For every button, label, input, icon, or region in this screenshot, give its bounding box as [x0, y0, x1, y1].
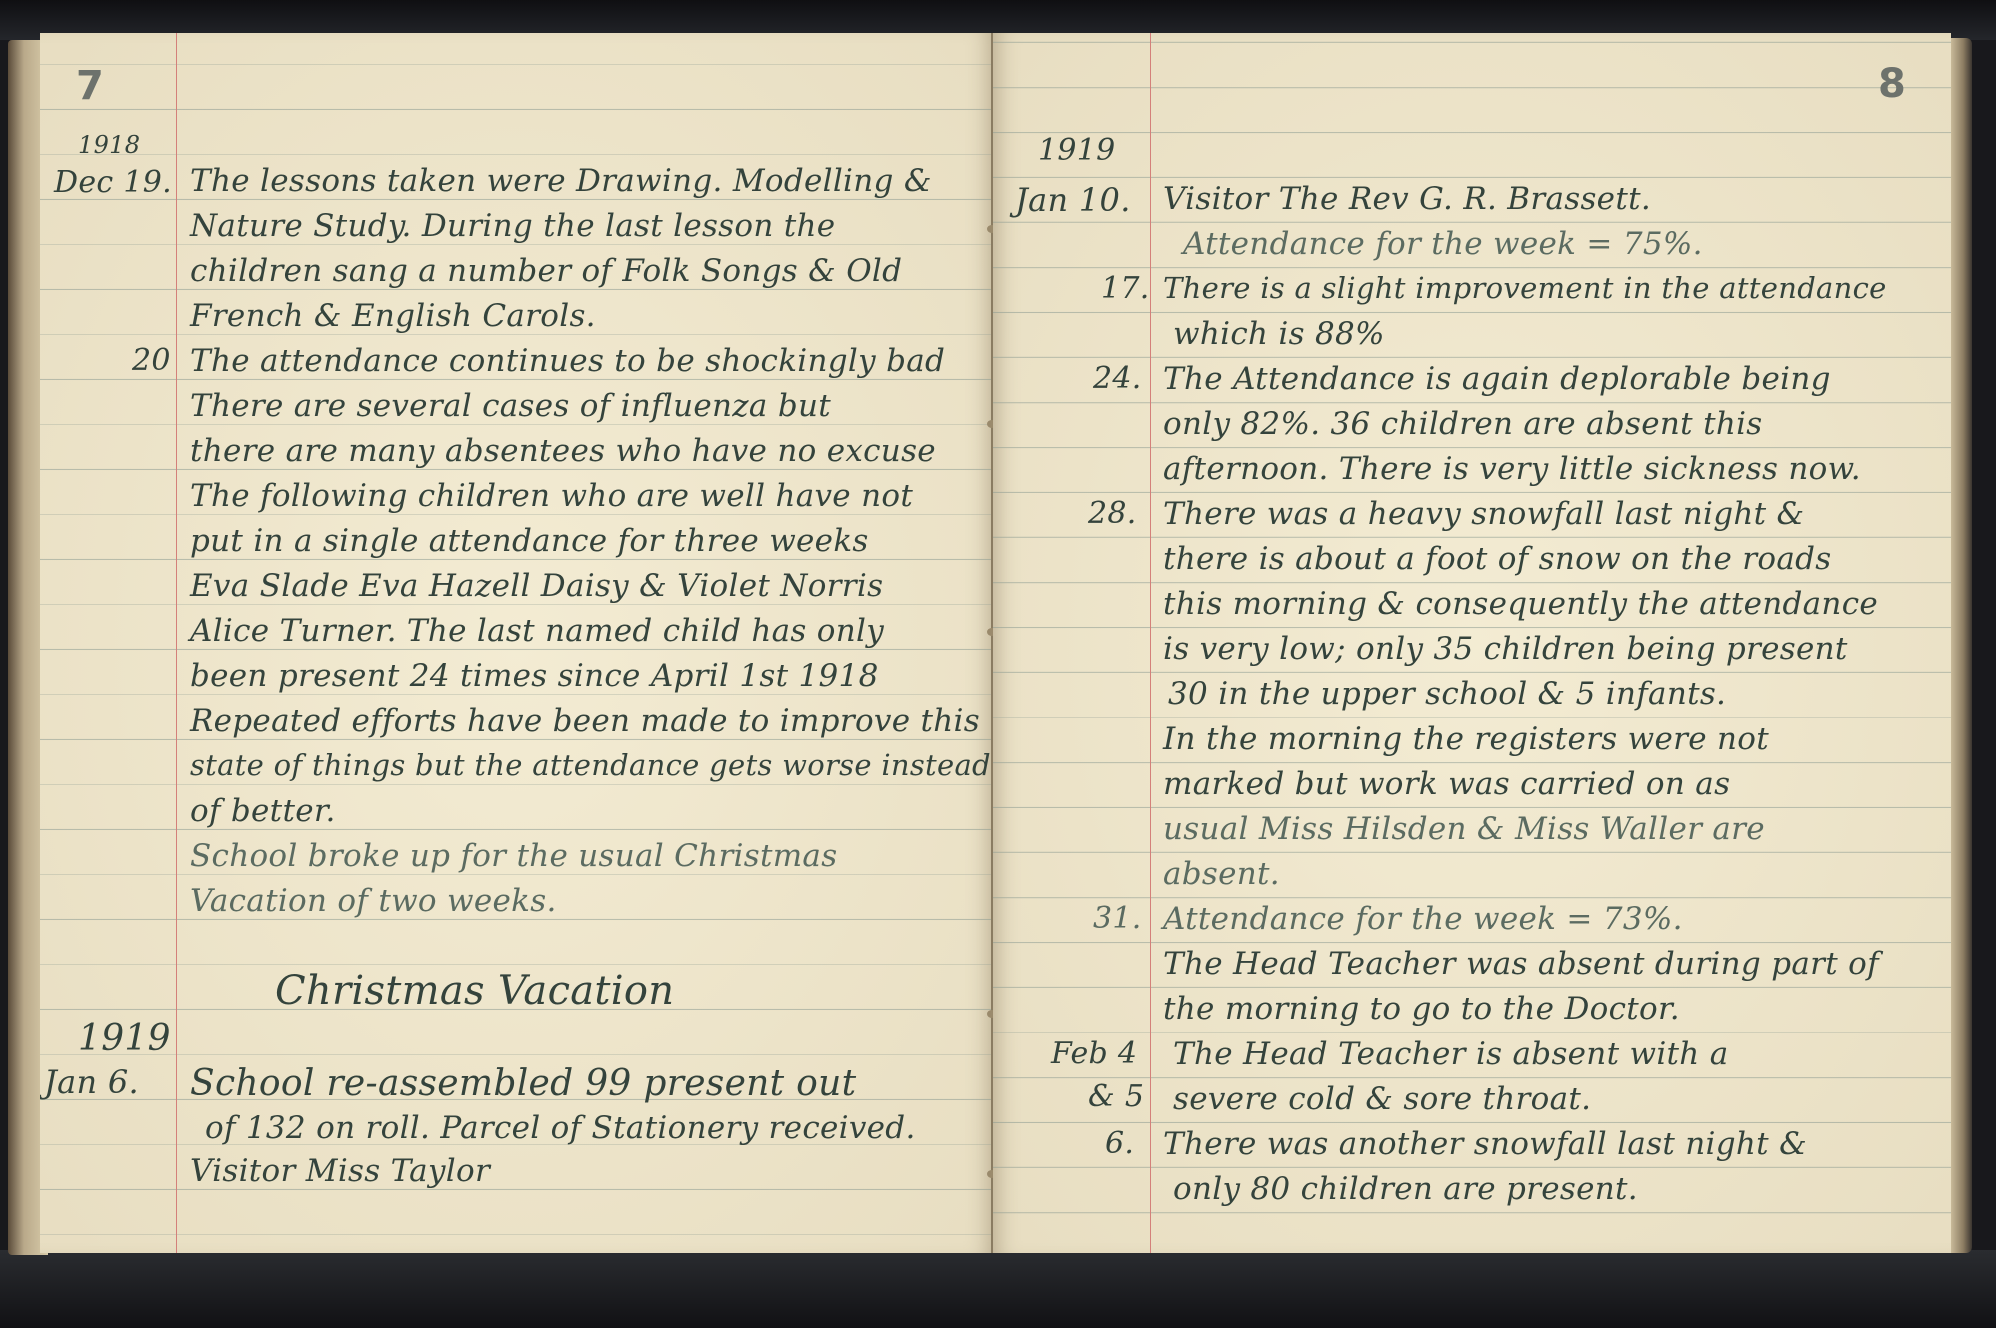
margin-rule: [176, 33, 177, 1253]
entry-date: 17.: [1101, 271, 1150, 306]
entry-line: There was another snowfall last night &: [1163, 1126, 1807, 1162]
section-heading: Christmas Vacation: [275, 968, 674, 1014]
entry-line: Nature Study. During the last lesson the: [190, 208, 835, 244]
entry-date: 20: [132, 343, 171, 378]
entry-line: School re-assembled 99 present out: [190, 1063, 856, 1104]
entry-line: Visitor The Rev G. R. Brassett.: [1163, 181, 1651, 217]
entry-line: There are several cases of influenza but: [190, 388, 831, 424]
entry-year: 1918: [78, 131, 140, 159]
entry-line: Attendance for the week = 73%.: [1163, 901, 1683, 937]
page-number: 7: [76, 63, 104, 109]
entry-line: only 80 children are present.: [1173, 1171, 1638, 1207]
entry-line: French & English Carols.: [190, 298, 596, 334]
page-edges-right: [1950, 38, 1972, 1253]
entry-line: of better.: [190, 793, 336, 829]
entry-line: There was a heavy snowfall last night &: [1163, 496, 1804, 532]
entry-date: 28.: [1088, 496, 1137, 531]
entry-line: state of things but the attendance gets …: [190, 748, 991, 782]
entry-date: Jan 10.: [1015, 181, 1131, 219]
entry-line: The following children who are well have…: [190, 478, 913, 514]
entry-line: usual Miss Hilsden & Miss Waller are: [1163, 811, 1765, 847]
entry-line: the morning to go to the Doctor.: [1163, 991, 1680, 1027]
entry-line: been present 24 times since April 1st 19…: [190, 658, 879, 694]
entry-line: is very low; only 35 children being pres…: [1163, 631, 1848, 667]
entry-line: there are many absentees who have no exc…: [190, 433, 936, 469]
entry-line: only 82%. 36 children are absent this: [1163, 406, 1763, 442]
entry-line: The Attendance is again deplorable being: [1163, 361, 1831, 397]
entry-line: absent.: [1163, 856, 1280, 892]
entry-date-continued: & 5: [1088, 1079, 1144, 1114]
left-page: 7 1918 Dec 19. The lessons taken were Dr…: [40, 33, 993, 1253]
entry-line: School broke up for the usual Christmas: [190, 838, 837, 874]
entry-line: There is a slight improvement in the att…: [1163, 271, 1887, 305]
book-cover-bottom: [0, 1250, 1996, 1328]
entry-line: In the morning the registers were not: [1163, 721, 1769, 757]
margin-rule: [1150, 33, 1151, 1253]
entry-date: Jan 6.: [44, 1063, 139, 1101]
entry-date: Feb 4: [1051, 1036, 1137, 1071]
entry-line: children sang a number of Folk Songs & O…: [190, 253, 902, 289]
page-number: 8: [1878, 61, 1906, 107]
entry-line: The lessons taken were Drawing. Modellin…: [190, 163, 932, 199]
right-page: 8 1919 Jan 10. Visitor The Rev G. R. Bra…: [993, 33, 1951, 1253]
entry-date: 24.: [1093, 361, 1142, 396]
entry-line: severe cold & sore throat.: [1173, 1081, 1591, 1117]
entry-line: The attendance continues to be shockingl…: [190, 343, 945, 379]
entry-line: Eva Slade Eva Hazell Daisy & Violet Norr…: [190, 568, 883, 604]
entry-line: The Head Teacher is absent with a: [1173, 1036, 1729, 1072]
entry-line: marked but work was carried on as: [1163, 766, 1730, 802]
entry-date: Dec 19.: [54, 165, 172, 200]
entry-line: The Head Teacher was absent during part …: [1163, 946, 1879, 982]
entry-line: there is about a foot of snow on the roa…: [1163, 541, 1832, 577]
entry-line: this morning & consequently the attendan…: [1163, 586, 1878, 622]
entry-line: of 132 on roll. Parcel of Stationery rec…: [205, 1110, 916, 1146]
entry-line: afternoon. There is very little sickness…: [1163, 451, 1861, 487]
entry-date: 6.: [1105, 1126, 1134, 1161]
entry-line: put in a single attendance for three wee…: [190, 523, 869, 559]
entry-line: Attendance for the week = 75%.: [1183, 226, 1703, 262]
entry-date: 31.: [1093, 901, 1142, 936]
entry-year: 1919: [78, 1018, 171, 1059]
entry-year: 1919: [1038, 133, 1116, 168]
entry-line: Alice Turner. The last named child has o…: [190, 613, 884, 649]
entry-line: which is 88%: [1173, 316, 1385, 352]
entry-line: Repeated efforts have been made to impro…: [190, 703, 980, 739]
entry-line: Vacation of two weeks.: [190, 883, 557, 919]
entry-line: 30 in the upper school & 5 infants.: [1168, 676, 1726, 712]
entry-line: Visitor Miss Taylor: [190, 1153, 490, 1189]
